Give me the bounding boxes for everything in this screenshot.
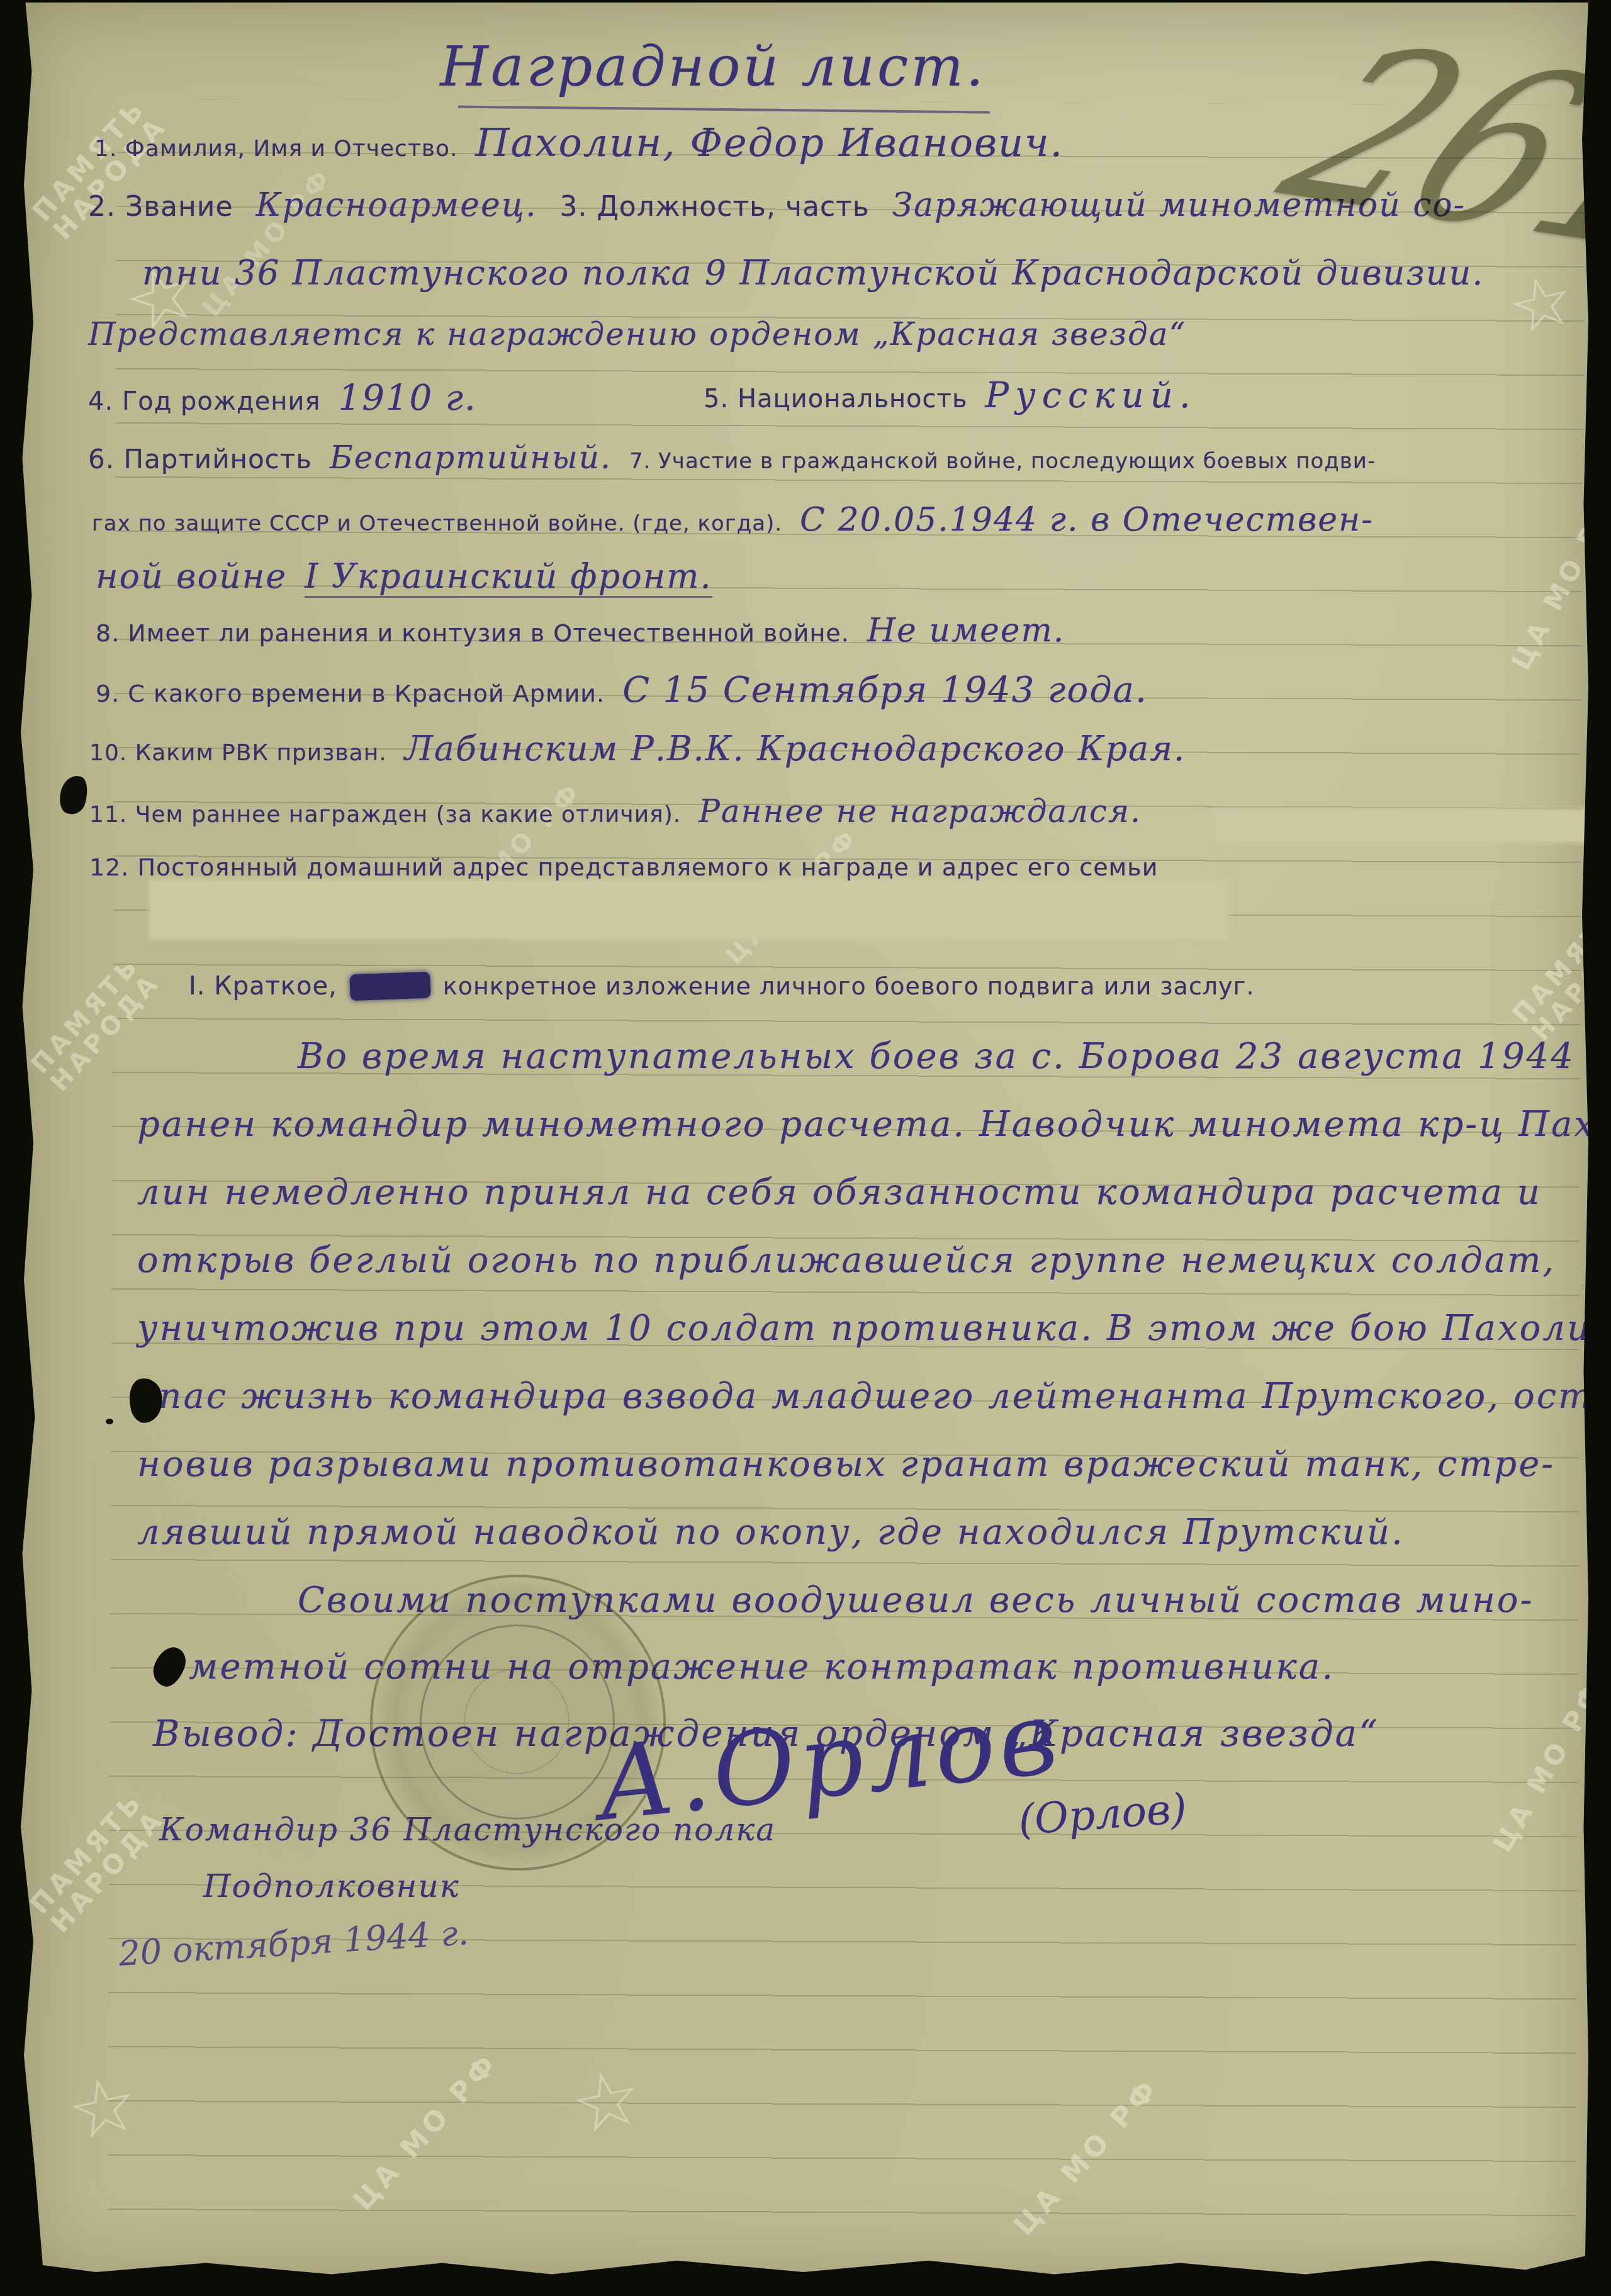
citation-line: спас жизнь командира взвода младшего лей… (137, 1376, 1611, 1417)
field-value-birth-year: 1910 г. (339, 378, 477, 419)
field-value-front-a: ной войне (96, 556, 287, 596)
paper-sheet: ПАМЯТЬ НАРОДА ☆ ЦА МО РФ ☆ ЦА МО РФ ЦА М… (18, 3, 1588, 2283)
field-value-prior-awards: Раннее не награждался. (699, 793, 1142, 830)
field-label-wounds: 8. Имеет ли ранения и контузия в Отечест… (96, 619, 850, 647)
paper-hole (56, 773, 91, 817)
field-label-prior-awards: 11. Чем раннее награжден (за какие отлич… (89, 802, 681, 828)
field-value-party: Беспартийный. (330, 439, 612, 476)
field-value-name: Пахолин, Федор Иванович. (476, 120, 1064, 166)
redaction-block (1216, 811, 1594, 841)
field-label-drafted-by: 10. Каким РВК призван. (89, 740, 387, 766)
field-label-name: 1. Фамилия, Имя и Отчество. (94, 136, 458, 162)
field-value-front-b: I Украинский фронт. (305, 556, 712, 598)
field-value-drafted-by: Лабинским Р.В.К. Краснодарского Края. (405, 729, 1186, 768)
field-label-rank: 2. Звание (88, 191, 233, 223)
field-label-war-participation-cont: гах по защите СССР и Отечественной войне… (92, 511, 782, 536)
field-label-birth-year: 4. Год рождения (88, 387, 321, 416)
field-label-nationality: 5. Национальность (704, 385, 967, 414)
citation-heading-rest: конкретное изложение личного боевого под… (443, 972, 1255, 1000)
redaction-block (151, 881, 1227, 938)
citation-line: открыв беглый огонь по приближавшейся гр… (137, 1240, 1556, 1281)
citation-line: Во время наступательных боев за с. Боров… (298, 1036, 1611, 1077)
scanned-document-page: ПАМЯТЬ НАРОДА ☆ ЦА МО РФ ☆ ЦА МО РФ ЦА М… (0, 0, 1611, 2296)
field-label-party: 6. Партийность (88, 444, 312, 475)
field-label-war-participation: 7. Участие в гражданской войне, последую… (629, 449, 1376, 474)
field-value-wounds: Не имеет. (867, 612, 1065, 650)
field-value-award-proposal: Представляется к награждению орденом „Кр… (88, 316, 1186, 352)
paper-speck (106, 1419, 113, 1424)
field-value-unit: тни 36 Пластунского полка 9 Пластунской … (142, 253, 1485, 293)
citation-line: лявший прямой наводкой по окопу, где нах… (137, 1512, 1405, 1553)
citation-line: лин немедленно принял на себя обязанност… (137, 1172, 1542, 1213)
field-value-nationality: Русский. (985, 375, 1196, 416)
signatory-rank-line: Подполковник (203, 1868, 460, 1905)
citation-line: уничтожив при этом 10 солдат противника.… (137, 1308, 1611, 1349)
field-value-rank: Красноармеец. (256, 186, 537, 224)
citation-line: ранен командир минометного расчета. Наво… (137, 1104, 1611, 1145)
citation-heading-start: I. Краткое, (189, 972, 337, 1001)
field-label-service-since: 9. С какого времени в Красной Армии. (96, 680, 605, 707)
citation-line: метной сотни на отражение контратак прот… (189, 1646, 1335, 1687)
citation-line: новив разрывами противотанковых гранат в… (137, 1444, 1555, 1485)
page-title: Наградной лист. (420, 34, 1006, 99)
seal-center-circle (464, 1669, 570, 1774)
field-value-war-participation: С 20.05.1944 г. в Отечествен- (800, 501, 1374, 539)
ink-blot-redaction (349, 972, 430, 1001)
field-value-service-since: С 15 Сентября 1943 года. (622, 670, 1148, 711)
field-label-position: 3. Должность, часть (560, 191, 870, 223)
field-label-home-address: 12. Постоянный домашний адрес представля… (89, 853, 1158, 881)
